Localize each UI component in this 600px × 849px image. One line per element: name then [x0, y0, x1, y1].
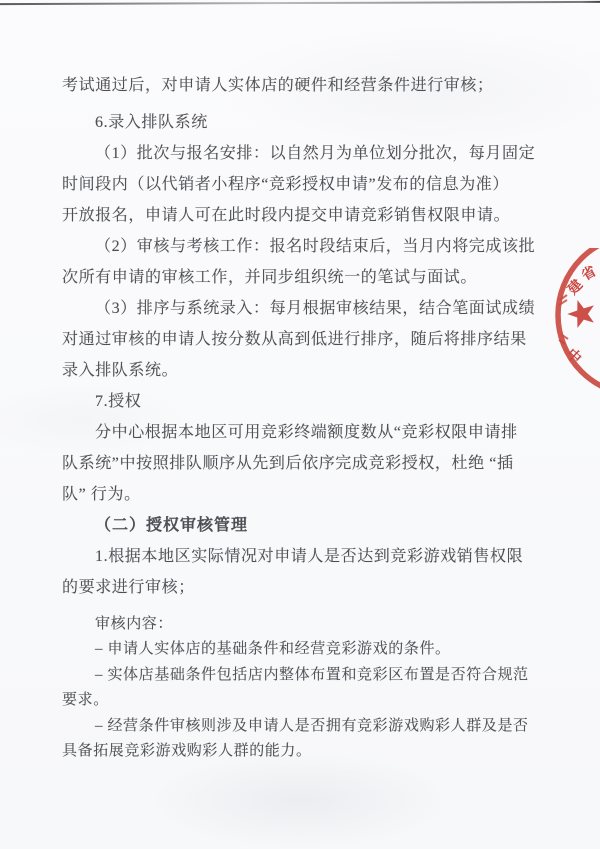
scan-top-edge — [0, 1, 600, 6]
list-item: – 实体店基础条件包括店内整体布置和竞彩区布置是否符合规范 — [62, 663, 590, 688]
document-body: 考试通过后，对申请人实体店的硬件和经营条件进行审核； 6.录入排队系统 （1）批… — [62, 70, 590, 764]
text-line: 次所有申请的审核工作，并同步组织统一的笔试与面试。 — [62, 262, 590, 293]
text-line: （3）排序与系统录入：每月根据审核结果，结合笔面试成绩 — [62, 293, 590, 324]
text-line: 队系统”中按照排队顺序从先到后依序完成竞彩授权，杜绝 “插 — [62, 448, 590, 479]
text-line: 的要求进行审核； — [62, 572, 590, 603]
text-line: 要求。 — [62, 688, 590, 713]
text-line: 对通过审核的申请人按分数从高到低进行排序，随后将排序结果 — [62, 324, 590, 355]
text-line: 录入排队系统。 — [62, 355, 590, 386]
seal-char: 省 — [578, 262, 599, 284]
section-heading: （二）授权审核管理 — [62, 510, 590, 541]
scanned-page: 考试通过后，对申请人实体店的硬件和经营条件进行审核； 6.录入排队系统 （1）批… — [0, 0, 600, 849]
text-line: 分中心根据本地区可用竞彩终端额度数从“竞彩权限申请排 — [62, 417, 590, 448]
text-line: 时间段内（以代销者小程序“竞彩授权申请”发布的信息为准） — [62, 169, 590, 200]
text-line: （1）批次与报名安排：以自然月为单位划分批次，每月固定 — [62, 138, 590, 169]
list-item: – 申请人实体店的基础条件和经营竞彩游戏的条件。 — [62, 637, 590, 662]
text-line: 具备拓展竞彩游戏购彩人群的能力。 — [62, 739, 590, 764]
text-line: 考试通过后，对申请人实体店的硬件和经营条件进行审核； — [62, 70, 590, 101]
text-line: 7.授权 — [62, 386, 590, 417]
text-line: 审核内容： — [62, 612, 590, 637]
text-line: 队” 行为。 — [62, 479, 590, 510]
text-line: 开放报名，申请人可在此时段内提交申请竞彩销售权限申请。 — [62, 200, 590, 231]
text-line: 1.根据本地区实际情况对申请人是否达到竞彩游戏销售权限 — [62, 541, 590, 572]
text-line: （2）审核与考核工作：报名时段结束后，当月内将完成该批 — [62, 231, 590, 262]
official-seal-stamp: 建 省 中 — [552, 248, 600, 393]
text-line: 6.录入排队系统 — [62, 107, 590, 138]
star-icon — [567, 300, 594, 328]
list-item: – 经营条件审核则涉及申请人是否拥有竞彩游戏购彩人群及是否 — [62, 714, 590, 739]
